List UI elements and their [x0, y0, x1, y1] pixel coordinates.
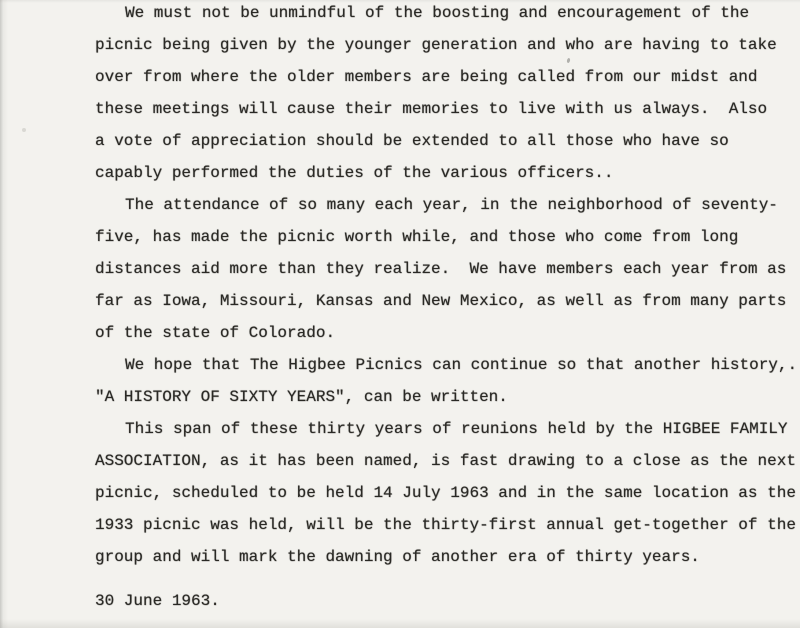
body-lines: We must not be unmindful of the boosting…	[95, 0, 800, 573]
date-line: 30 June 1963.	[95, 585, 800, 617]
text-line: five, has made the picnic worth while, a…	[95, 221, 800, 253]
text-block: We must not be unmindful of the boosting…	[95, 0, 800, 617]
scan-edge-bottom	[0, 619, 800, 628]
text-line: these meetings will cause their memories…	[95, 93, 800, 125]
text-line: group and will mark the dawning of anoth…	[95, 541, 800, 573]
text-line: capably performed the duties of the vari…	[95, 157, 800, 189]
text-line: of the state of Colorado.	[95, 317, 800, 349]
text-line: This span of these thirty years of reuni…	[95, 413, 800, 445]
text-line: picnic being given by the younger genera…	[95, 29, 800, 61]
text-line: We must not be unmindful of the boosting…	[95, 0, 800, 29]
text-line: picnic, scheduled to be held 14 July 196…	[95, 477, 800, 509]
text-line: a vote of appreciation should be extende…	[95, 125, 800, 157]
text-line: over from where the older members are be…	[95, 61, 800, 93]
text-line: The attendance of so many each year, in …	[95, 189, 800, 221]
scan-edge-left	[0, 0, 8, 628]
text-line: We hope that The Higbee Picnics can cont…	[95, 349, 800, 381]
paper-speck	[22, 128, 26, 132]
text-line: distances aid more than they realize. We…	[95, 253, 800, 285]
text-line: 1933 picnic was held, will be the thirty…	[95, 509, 800, 541]
text-line: ASSOCIATION, as it has been named, is fa…	[95, 445, 800, 477]
text-line: "A HISTORY OF SIXTY YEARS", can be writt…	[95, 381, 800, 413]
text-line: far as Iowa, Missouri, Kansas and New Me…	[95, 285, 800, 317]
document-page: We must not be unmindful of the boosting…	[0, 0, 800, 628]
